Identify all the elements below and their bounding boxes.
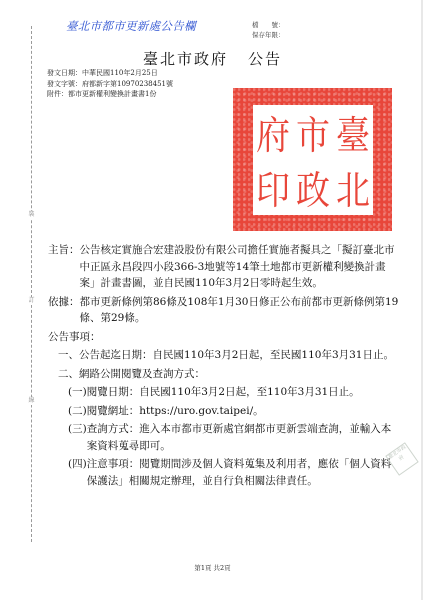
notice-subitem: (二) 閱覽網址：https://uro.gov.taipei/。: [48, 403, 400, 420]
subject-label: 主旨：: [48, 242, 80, 292]
subitem-text-url: 閱覽網址：https://uro.gov.taipei/。: [87, 403, 400, 420]
subject-text: 公告核定實施合宏建設股份有限公司擔任實施者擬具之「擬訂臺北市中正區永昌段四小段3…: [80, 242, 401, 292]
subject-paragraph: 主旨： 公告核定實施合宏建設股份有限公司擔任實施者擬具之「擬訂臺北市中正區永昌段…: [48, 242, 400, 292]
notice-item: 一、 公告起迄日期：自民國110年3月2日起，至民國110年3月31日止。: [48, 347, 400, 364]
page-edge: [421, 0, 423, 600]
bulletin-board-title: 臺北市都市更新處公告欄: [66, 18, 196, 34]
seal-char: 市: [293, 101, 333, 164]
subitem-number: (一): [68, 384, 87, 401]
item-text: 公告起迄日期：自民國110年3月2日起，至民國110年3月31日止。: [79, 347, 400, 364]
file-number-label: 檔 號：: [252, 20, 285, 30]
seal-char: 印: [253, 156, 293, 219]
subitem-text: 注意事項：閱覽期間涉及個人資料蒐集及利用者，應依「個人資料保護法」相關規定辦理，…: [87, 456, 400, 489]
notice-body: 主旨： 公告核定實施合宏建設股份有限公司擔任實施者擬具之「擬訂臺北市中正區永昌段…: [48, 242, 400, 489]
notice-items-heading: 公告事項：: [48, 329, 400, 346]
item-text: 網路公開閱覽及查詢方式：: [79, 366, 400, 383]
issue-number: 發文字號：府都新字第10970238451號: [47, 79, 173, 90]
binding-mark-ding: 訂: [27, 297, 36, 305]
subitem-text: 查詢方式：進入本市都市更新處官網都市更新雲端查詢，並輸入本案資料蒐尋即可。: [87, 421, 400, 454]
subitem-number: (三): [68, 421, 87, 454]
document-meta: 發文日期：中華民國110年2月25日 發文字號：府都新字第10970238451…: [47, 68, 173, 100]
title-organization: 臺北市政府: [143, 50, 228, 68]
seal-char: 臺: [333, 101, 373, 164]
item-number: 二、: [58, 366, 79, 383]
basis-label: 依據：: [48, 294, 80, 327]
seal-char: 府: [253, 101, 293, 164]
page-indicator: 第1頁 共2頁: [0, 563, 425, 572]
binding-mark-xian: 線: [27, 397, 36, 405]
subitem-text: 閱覽日期：自民國110年3月2日起，至110年3月31日止。: [87, 384, 400, 401]
notice-subitem: (一) 閱覽日期：自民國110年3月2日起，至110年3月31日止。: [48, 384, 400, 401]
attachment: 附件：都市更新權利變換計畫書1份: [47, 89, 173, 100]
notice-subitem: (四) 注意事項：閱覽期間涉及個人資料蒐集及利用者，應依「個人資料保護法」相關規…: [48, 456, 400, 489]
seal-inner-field: 府 市 臺 印 政 北: [253, 105, 373, 215]
page-title: 臺北市政府公告: [0, 48, 425, 69]
retention-period-label: 保存年限：: [252, 30, 285, 40]
item-number: 一、: [58, 347, 79, 364]
notice-subitem: (三) 查詢方式：進入本市都市更新處官網都市更新雲端查詢，並輸入本案資料蒐尋即可…: [48, 421, 400, 454]
subitem-number: (二): [68, 403, 87, 420]
binding-line: [31, 26, 32, 542]
subitem-number: (四): [68, 456, 87, 489]
seal-char: 北: [333, 156, 373, 219]
official-seal: 府 市 臺 印 政 北: [233, 88, 392, 231]
basis-paragraph: 依據： 都市更新條例第86條及108年1月30日修正公布前都市更新條例第19條、…: [48, 294, 400, 327]
document-page: 裝 訂 線 臺北市都市更新處公告欄 檔 號： 保存年限： 臺北市政府公告 發文日…: [0, 0, 425, 600]
issue-date: 發文日期：中華民國110年2月25日: [47, 68, 173, 79]
file-meta: 檔 號： 保存年限：: [252, 20, 285, 40]
binding-mark-zhuang: 裝: [27, 211, 36, 219]
notice-item: 二、 網路公開閱覽及查詢方式：: [48, 366, 400, 383]
seal-char: 政: [293, 156, 333, 219]
basis-text: 都市更新條例第86條及108年1月30日修正公布前都市更新條例第19條、第29條…: [80, 294, 401, 327]
title-type: 公告: [248, 50, 282, 68]
